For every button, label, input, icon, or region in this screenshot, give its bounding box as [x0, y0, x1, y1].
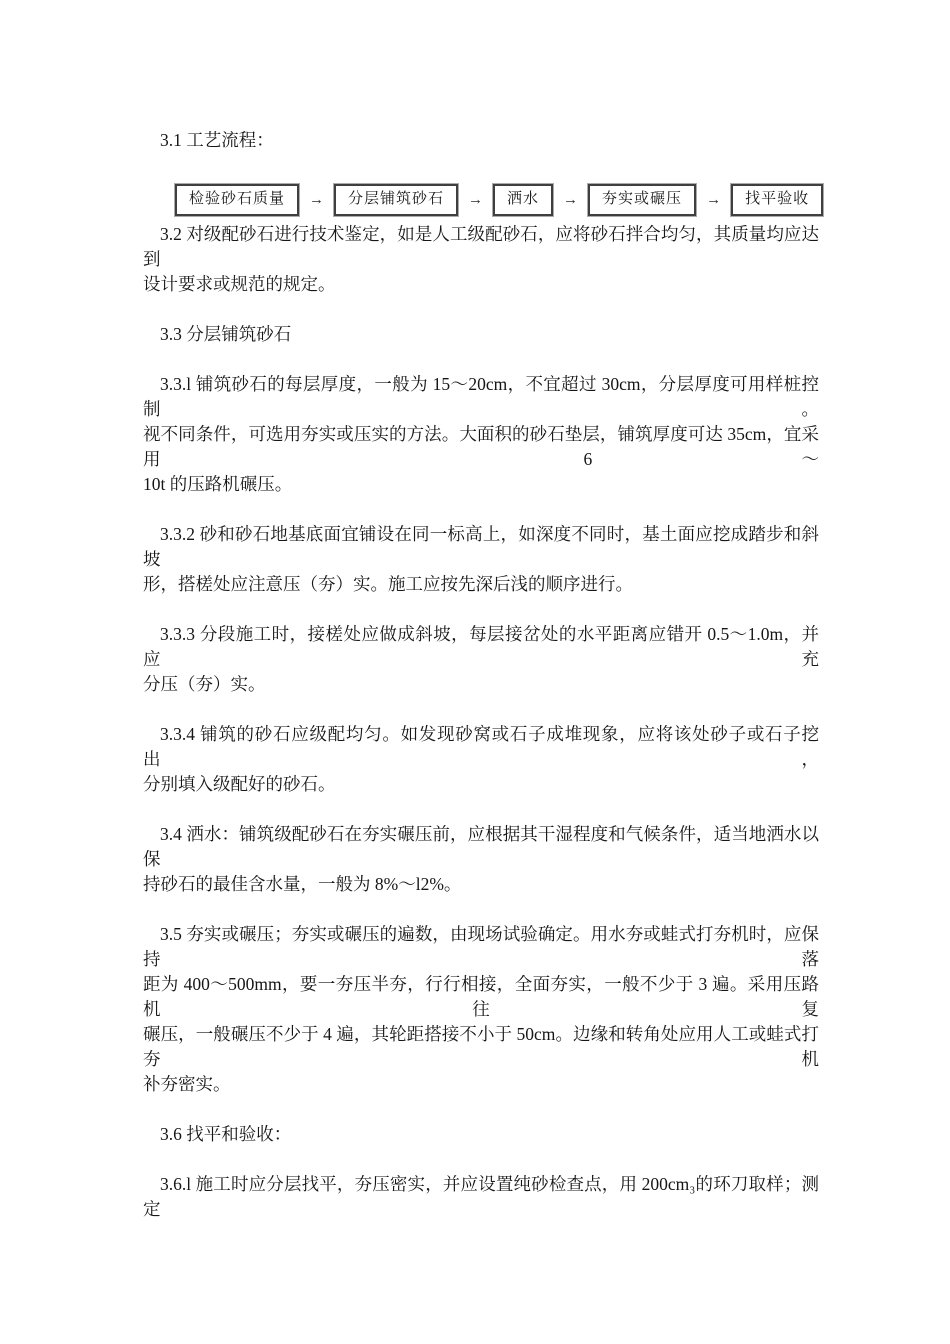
paragraph-3-4-line-2: 持砂石的最佳含水量，一般为 8%～l2%。	[143, 872, 819, 922]
paragraph-3-4-line-1: 3.4 洒水：铺筑级配砂石在夯实碾压前，应根据其干湿程度和气候条件，适当地洒水以…	[143, 822, 819, 872]
paragraph-3-6-1-line-1: 3.6.l 施工时应分层找平，夯压密实，并应设置纯砂检查点，用 200cm₃的环…	[143, 1172, 819, 1222]
flow-arrow-icon: →	[468, 192, 483, 209]
paragraph-3-5-line-4: 补夯密实。	[143, 1072, 819, 1122]
flow-step-compaction: 夯实或碾压	[588, 184, 696, 216]
paragraph-3-3-1-line-3: 10t 的压路机碾压。	[143, 472, 819, 522]
paragraph-3-5-line-1: 3.5 夯实或碾压；夯实或碾压的遍数，由现场试验确定。用水夯或蛙式打夯机时，应保…	[143, 922, 819, 972]
process-flowchart: 检验砂石质量 → 分层铺筑砂石 → 洒水 → 夯实或碾压 → 找平验收	[143, 178, 819, 222]
flow-step-leveling-acceptance: 找平验收	[731, 184, 823, 216]
paragraph-3-3-4-line-2: 分别填入级配好的砂石。	[143, 772, 819, 822]
section-heading-3-1: 3.1 工艺流程：	[143, 128, 819, 178]
paragraph-3-3-1-line-1: 3.3.l 铺筑砂石的每层厚度，一般为 15～20cm，不宜超过 30cm，分层…	[143, 372, 819, 422]
flow-step-check-quality: 检验砂石质量	[175, 184, 299, 216]
paragraph-3-2-line-2: 设计要求或规范的规定。	[143, 272, 819, 322]
paragraph-3-3-2-line-2: 形，搭槎处应注意压（夯）实。施工应按先深后浅的顺序进行。	[143, 572, 819, 622]
paragraph-3-3-3-line-2: 分压（夯）实。	[143, 672, 819, 722]
flow-step-layered-laying: 分层铺筑砂石	[334, 184, 458, 216]
flow-arrow-icon: →	[563, 192, 578, 209]
section-heading-3-3: 3.3 分层铺筑砂石	[143, 322, 819, 372]
section-heading-3-6: 3.6 找平和验收：	[143, 1122, 819, 1172]
paragraph-3-3-1-line-2: 视不同条件，可选用夯实或压实的方法。大面积的砂石垫层，铺筑厚度可达 35cm，宜…	[143, 422, 819, 472]
paragraph-3-5-line-2: 距为 400～500mm，要一夯压半夯，行行相接，全面夯实，一般不少于 3 遍。…	[143, 972, 819, 1022]
paragraph-3-5-line-3: 碾压，一般碾压不少于 4 遍，其轮距搭接不小于 50cm。边缘和转角处应用人工或…	[143, 1022, 819, 1072]
paragraph-3-3-4-line-1: 3.3.4 铺筑的砂石应级配均匀。如发现砂窝或石子成堆现象，应将该处砂子或石子挖…	[143, 722, 819, 772]
flow-arrow-icon: →	[706, 192, 721, 209]
paragraph-3-2-line-1: 3.2 对级配砂石进行技术鉴定，如是人工级配砂石，应将砂石拌合均匀，其质量均应达…	[143, 222, 819, 272]
flow-step-watering: 洒水	[493, 184, 553, 216]
flow-arrow-icon: →	[309, 192, 324, 209]
paragraph-3-3-2-line-1: 3.3.2 砂和砂石地基底面宜铺设在同一标高上，如深度不同时，基土面应挖成踏步和…	[143, 522, 819, 572]
paragraph-3-3-3-line-1: 3.3.3 分段施工时，接槎处应做成斜坡，每层接岔处的水平距离应错开 0.5～1…	[143, 622, 819, 672]
document-page: 3.1 工艺流程： 检验砂石质量 → 分层铺筑砂石 → 洒水 → 夯实或碾压 →…	[143, 128, 819, 1222]
